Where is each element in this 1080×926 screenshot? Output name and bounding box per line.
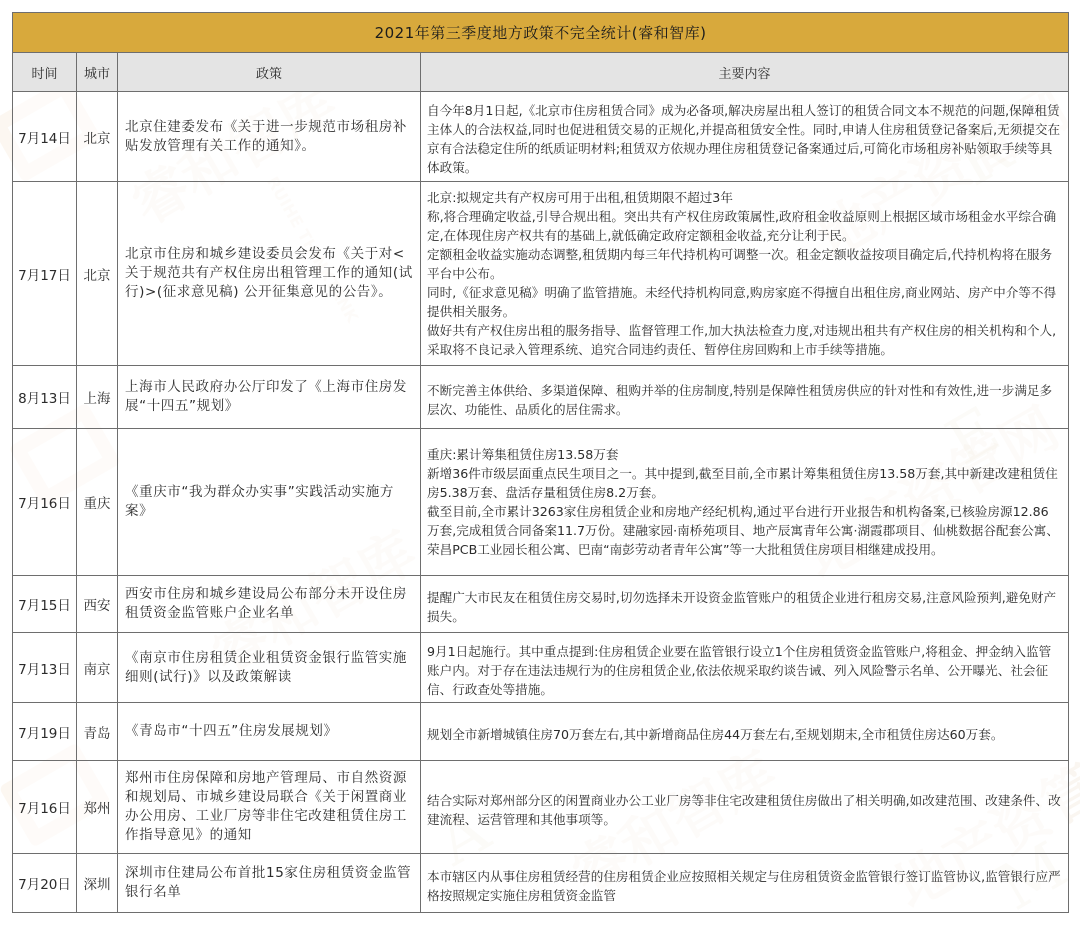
date-cell: 7月15日	[13, 576, 77, 633]
policy-cell: 《南京市住房租赁企业租赁资金银行监管实施细则(试行)》以及政策解读	[118, 633, 421, 703]
content-cell: 9月1日起施行。其中重点提到:住房租赁企业要在监管银行设立1个住房租赁资金监管账…	[421, 633, 1069, 703]
content-line: 新增36件市级层面重点民生项目之一。其中提到,截至目前,全市累计筹集租赁住房13…	[427, 464, 1061, 502]
table-row: 7月20日 深圳 深圳市住建局公布首批15家住房租赁资金监管银行名单 本市辖区内…	[13, 854, 1069, 913]
content-cell: 提醒广大市民友在租赁住房交易时,切勿选择未开设资金监管账户的租赁企业进行租房交易…	[421, 576, 1069, 633]
city-cell: 西安	[77, 576, 118, 633]
header-city: 城市	[77, 53, 118, 92]
title-row: 2021年第三季度地方政策不完全统计(睿和智库)	[13, 13, 1069, 53]
content-line: 截至目前,全市累计3263家住房租赁企业和房地产经纪机构,通过平台进行开业报告和…	[427, 502, 1061, 559]
content-cell: 结合实际对郑州部分区的闲置商业办公工业厂房等非住宅改建租赁住房做出了相关明确,如…	[421, 761, 1069, 854]
city-cell: 重庆	[77, 429, 118, 576]
table-row: 7月14日 北京 北京住建委发布《关于进一步规范市场租房补贴发放管理有关工作的通…	[13, 92, 1069, 182]
city-cell: 青岛	[77, 703, 118, 761]
date-cell: 7月16日	[13, 429, 77, 576]
content-cell: 规划全市新增城镇住房70万套左右,其中新增商品住房44万套左右,至规划期末,全市…	[421, 703, 1069, 761]
table-row: 7月15日 西安 西安市住房和城乡建设局公布部分未开设住房租赁资金监管账户企业名…	[13, 576, 1069, 633]
city-cell: 北京	[77, 182, 118, 366]
content-line: 称,将合理确定收益,引导合规出租。突出共有产权住房政策属性,政府租金收益原则上根…	[427, 207, 1061, 245]
policy-cell: 北京市住房和城乡建设委员会发布《关于对<关于规范共有产权住房出租管理工作的通知(…	[118, 182, 421, 366]
date-cell: 8月13日	[13, 366, 77, 429]
policy-cell: 上海市人民政府办公厅印发了《上海市住房发展“十四五”规划》	[118, 366, 421, 429]
city-cell: 上海	[77, 366, 118, 429]
header-date: 时间	[13, 53, 77, 92]
policy-cell: 深圳市住建局公布首批15家住房租赁资金监管银行名单	[118, 854, 421, 913]
date-cell: 7月20日	[13, 854, 77, 913]
header-policy: 政策	[118, 53, 421, 92]
content-cell: 重庆:累计筹集租赁住房13.58万套 新增36件市级层面重点民生项目之一。其中提…	[421, 429, 1069, 576]
header-content: 主要内容	[421, 53, 1069, 92]
city-cell: 南京	[77, 633, 118, 703]
content-line: 北京:拟规定共有产权房可用于出租,租赁期限不超过3年	[427, 188, 1061, 207]
table-row: 7月16日 重庆 《重庆市“我为群众办实事”实践活动实施方案》 重庆:累计筹集租…	[13, 429, 1069, 576]
content-cell: 本市辖区内从事住房租赁经营的住房租赁企业应按照相关规定与住房租赁资金监管银行签订…	[421, 854, 1069, 913]
content-line: 规划全市新增城镇住房70万套左右,其中新增商品住房44万套左右,至规划期末,全市…	[427, 725, 1061, 744]
date-cell: 7月13日	[13, 633, 77, 703]
table-row: 8月13日 上海 上海市人民政府办公厅印发了《上海市住房发展“十四五”规划》 不…	[13, 366, 1069, 429]
content-cell: 自今年8月1日起,《北京市住房租赁合同》成为必备项,解决房屋出租人签订的租赁合同…	[421, 92, 1069, 182]
date-cell: 7月19日	[13, 703, 77, 761]
content-line: 自今年8月1日起,《北京市住房租赁合同》成为必备项,解决房屋出租人签订的租赁合同…	[427, 101, 1061, 177]
policy-cell: 西安市住房和城乡建设局公布部分未开设住房租赁资金监管账户企业名单	[118, 576, 421, 633]
policy-cell: 《青岛市“十四五”住房发展规划》	[118, 703, 421, 761]
content-line: 做好共有产权住房出租的服务指导、监督管理工作,加大执法检查力度,对违规出租共有产…	[427, 321, 1061, 359]
city-cell: 北京	[77, 92, 118, 182]
content-line: 同时,《征求意见稿》明确了监管措施。未经代持机构同意,购房家庭不得擅自出租住房,…	[427, 283, 1061, 321]
policy-cell: 北京住建委发布《关于进一步规范市场租房补贴发放管理有关工作的通知》。	[118, 92, 421, 182]
table-row: 7月16日 郑州 郑州市住房保障和房地产管理局、市自然资源和规划局、市城乡建设局…	[13, 761, 1069, 854]
content-line: 9月1日起施行。其中重点提到:住房租赁企业要在监管银行设立1个住房租赁资金监管账…	[427, 642, 1061, 699]
content-line: 不断完善主体供给、多渠道保障、租购并举的住房制度,特别是保障性租赁房供应的针对性…	[427, 381, 1061, 419]
header-row: 时间 城市 政策 主要内容	[13, 53, 1069, 92]
content-line: 定额租金收益实施动态调整,租赁期内每三年代持机构可调整一次。租金定额收益按项目确…	[427, 245, 1061, 283]
content-line: 结合实际对郑州部分区的闲置商业办公工业厂房等非住宅改建租赁住房做出了相关明确,如…	[427, 791, 1061, 829]
content-line: 重庆:累计筹集租赁住房13.58万套	[427, 445, 1061, 464]
date-cell: 7月14日	[13, 92, 77, 182]
table-title: 2021年第三季度地方政策不完全统计(睿和智库)	[13, 13, 1069, 53]
content-cell: 北京:拟规定共有产权房可用于出租,租赁期限不超过3年 称,将合理确定收益,引导合…	[421, 182, 1069, 366]
content-cell: 不断完善主体供给、多渠道保障、租购并举的住房制度,特别是保障性租赁房供应的针对性…	[421, 366, 1069, 429]
city-cell: 深圳	[77, 854, 118, 913]
table-row: 7月13日 南京 《南京市住房租赁企业租赁资金银行监管实施细则(试行)》以及政策…	[13, 633, 1069, 703]
policy-cell: 郑州市住房保障和房地产管理局、市自然资源和规划局、市城乡建设局联合《关于闲置商业…	[118, 761, 421, 854]
policy-table: 2021年第三季度地方政策不完全统计(睿和智库) 时间 城市 政策 主要内容 7…	[12, 12, 1069, 913]
table-row: 7月17日 北京 北京市住房和城乡建设委员会发布《关于对<关于规范共有产权住房出…	[13, 182, 1069, 366]
date-cell: 7月17日	[13, 182, 77, 366]
city-cell: 郑州	[77, 761, 118, 854]
date-cell: 7月16日	[13, 761, 77, 854]
policy-cell: 《重庆市“我为群众办实事”实践活动实施方案》	[118, 429, 421, 576]
content-line: 提醒广大市民友在租赁住房交易时,切勿选择未开设资金监管账户的租赁企业进行租房交易…	[427, 588, 1061, 626]
content-line: 本市辖区内从事住房租赁经营的住房租赁企业应按照相关规定与住房租赁资金监管银行签订…	[427, 867, 1061, 905]
table-row: 7月19日 青岛 《青岛市“十四五”住房发展规划》 规划全市新增城镇住房70万套…	[13, 703, 1069, 761]
